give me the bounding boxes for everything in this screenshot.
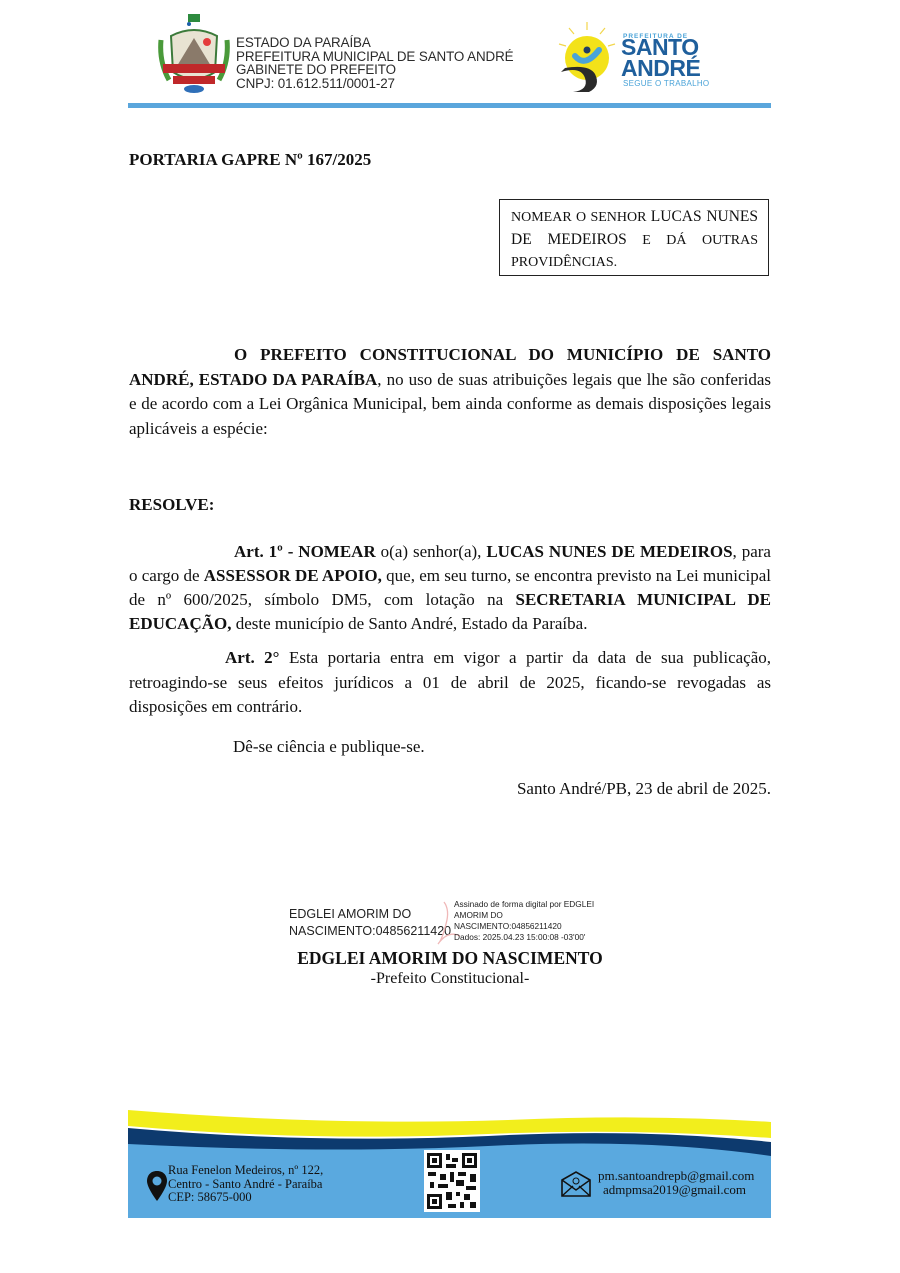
- email-secondary[interactable]: admpmsa2019@gmail.com: [598, 1183, 746, 1197]
- email-envelope-icon: [560, 1170, 592, 1198]
- resolve-heading: RESOLVE:: [129, 495, 214, 515]
- header-line-cnpj: CNPJ: 01.612.511/0001-27: [236, 77, 514, 91]
- coat-of-arms-icon: [157, 14, 231, 94]
- ementa-text-1: NOMEAR O SENHOR: [511, 210, 651, 225]
- signer-role: -Prefeito Constitucional-: [0, 970, 900, 988]
- digital-name-line-1: EDGLEI AMORIM DO: [289, 906, 451, 923]
- sig-detail-line: AMORIM DO: [454, 910, 594, 921]
- address-line: Centro - Santo André - Paraíba: [168, 1178, 323, 1192]
- logo-slogan: SEGUE O TRABALHO: [623, 79, 709, 88]
- article-1: Art. 1º - NOMEAR o(a) senhor(a), LUCAS N…: [129, 540, 771, 636]
- email-primary[interactable]: pm.santoandrepb@gmail.com: [598, 1169, 746, 1183]
- footer-address: Rua Fenelon Medeiros, nº 122, Centro - S…: [168, 1164, 323, 1205]
- header-divider: [128, 103, 771, 108]
- qr-code-icon[interactable]: [424, 1150, 480, 1212]
- art1-text: deste município de Santo André, Estado d…: [231, 614, 587, 633]
- header-line-prefecture: PREFEITURA MUNICIPAL DE SANTO ANDRÉ: [236, 50, 514, 64]
- art2-label: Art. 2°: [225, 648, 280, 667]
- header-line-cabinet: GABINETE DO PREFEITO: [236, 63, 514, 77]
- signer-name: EDGLEI AMORIM DO NASCIMENTO: [0, 948, 900, 969]
- header-institution: ESTADO DA PARAÍBA PREFEITURA MUNICIPAL D…: [236, 36, 514, 90]
- address-line: CEP: 58675-000: [168, 1191, 323, 1205]
- digital-signature-details: Assinado de forma digital por EDGLEI AMO…: [454, 899, 594, 943]
- sig-detail-line: Dados: 2025.04.23 15:00:08 -03'00': [454, 932, 594, 943]
- article-2: Art. 2° Esta portaria entra em vigor a p…: [129, 646, 771, 720]
- closing-line: Dê-se ciência e publique-se.: [233, 737, 425, 757]
- place-date: Santo André/PB, 23 de abril de 2025.: [517, 779, 771, 799]
- logo-line-2: ANDRÉ: [621, 58, 700, 79]
- location-pin-icon: [146, 1170, 168, 1202]
- header-line-state: ESTADO DA PARAÍBA: [236, 36, 514, 50]
- sig-detail-line: Assinado de forma digital por EDGLEI: [454, 899, 594, 910]
- address-line: Rua Fenelon Medeiros, nº 122,: [168, 1164, 323, 1178]
- art1-text: o(a) senhor(a),: [376, 542, 487, 561]
- preamble-paragraph: O PREFEITO CONSTITUCIONAL DO MUNICÍPIO D…: [129, 343, 771, 441]
- sig-detail-line: NASCIMENTO:04856211420: [454, 921, 594, 932]
- art1-role: ASSESSOR DE APOIO,: [204, 566, 382, 585]
- document-title: PORTARIA GAPRE Nº 167/2025: [129, 150, 371, 170]
- art1-label: Art. 1º - NOMEAR: [234, 542, 376, 561]
- footer-emails: pm.santoandrepb@gmail.com admpmsa2019@gm…: [598, 1169, 746, 1197]
- ementa-box: NOMEAR O SENHOR LUCAS NUNES DE MEDEIROS …: [499, 199, 769, 276]
- logo-name: SANTO ANDRÉ: [621, 37, 700, 79]
- digital-name-line-2: NASCIMENTO:04856211420: [289, 923, 451, 940]
- art1-appointee: LUCAS NUNES DE MEDEIROS: [486, 542, 732, 561]
- digital-signature-name: EDGLEI AMORIM DO NASCIMENTO:04856211420: [289, 906, 451, 940]
